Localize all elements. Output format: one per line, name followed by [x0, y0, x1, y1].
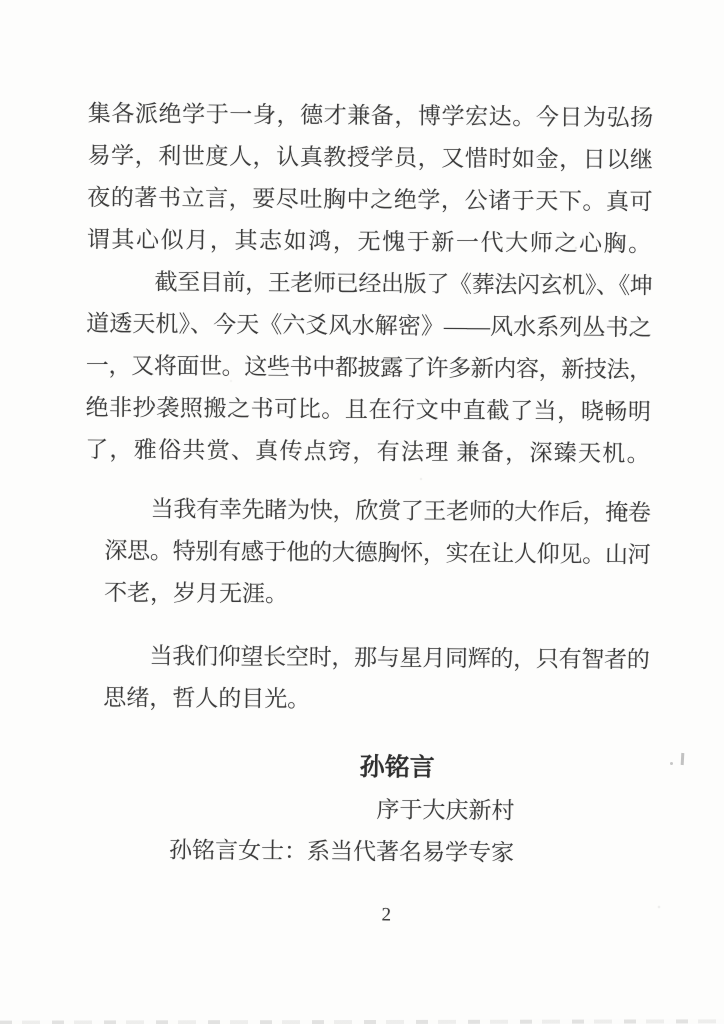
signature-name: 孙铭言	[360, 747, 649, 791]
text-line: 截至目前，王老师已经出版了《葬法闪玄机》、《坤	[86, 261, 652, 307]
signature-place: 序于大庆新村	[376, 789, 648, 833]
text-line: 深思。特别有感于他的大德胸怀，实在让人仰见。山河	[104, 530, 650, 576]
text-line: 了，雅俗共赏、真传点窍，有法理 兼备，深臻天机。	[85, 429, 651, 475]
text-line: 夜的著书立言，要尽吐胸中之绝学，公诸于天下。真可	[87, 177, 653, 223]
text-line: 谓其心似月，其志如鸿，无愧于新一代大师之心胸。	[87, 219, 653, 265]
text-line: 集各派绝学于一身，德才兼备，博学宏达。今日为弘扬	[88, 93, 654, 139]
text-line: 易学，利世度人，认真教授学员，又惜时如金，日以继	[87, 135, 653, 181]
scan-artifact-tick	[681, 753, 685, 765]
paragraph: 截至目前，王老师已经出版了《葬法闪玄机》、《坤道透天机》、今天《六爻风水解密》—…	[85, 261, 653, 475]
text-line: 一，又将面世。这些书中都披露了许多新内容，新技法，	[86, 345, 652, 391]
scan-noise-specks	[0, 0, 2, 2]
paragraph: 当我们仰望长空时，那与星月同辉的，只有智者的思绪，哲人的目光。	[83, 635, 650, 723]
scanned-page: 集各派绝学于一身，德才兼备，博学宏达。今日为弘扬易学，利世度人，认真教授学员，又…	[0, 0, 724, 1024]
text-line: 道透天机》、今天《六爻风水解密》——风水系列丛书之	[86, 303, 652, 349]
page-number: 2	[381, 900, 647, 932]
body-paragraphs: 集各派绝学于一身，德才兼备，博学宏达。今日为弘扬易学，利世度人，认真教授学员，又…	[83, 93, 654, 723]
text-line: 当我们仰望长空时，那与星月同辉的，只有智者的	[103, 635, 649, 681]
paragraph: 集各派绝学于一身，德才兼备，博学宏达。今日为弘扬易学，利世度人，认真教授学员，又…	[87, 93, 654, 265]
scan-artifact-dot	[670, 762, 673, 765]
text-line: 不老，岁月无涯。	[104, 572, 650, 618]
signature-note: 孙铭言女士：系当代著名易学专家	[169, 830, 648, 876]
paragraph: 当我有幸先睹为快，欣赏了王老师的大作后，掩卷深思。特别有感于他的大德胸怀，实在让…	[84, 488, 651, 618]
signature-block: 孙铭言 序于大庆新村 孙铭言女士：系当代著名易学专家	[82, 745, 649, 875]
text-line: 绝非抄袭照搬之书可比。且在行文中直截了当，晓畅明	[85, 387, 651, 433]
text-line: 思绪，哲人的目光。	[103, 677, 649, 723]
text-column: 集各派绝学于一身，德才兼备，博学宏达。今日为弘扬易学，利世度人，认真教授学员，又…	[81, 93, 654, 932]
text-line: 当我有幸先睹为快，欣赏了王老师的大作后，掩卷	[105, 488, 651, 534]
scan-edge-bottom	[0, 1019, 724, 1024]
